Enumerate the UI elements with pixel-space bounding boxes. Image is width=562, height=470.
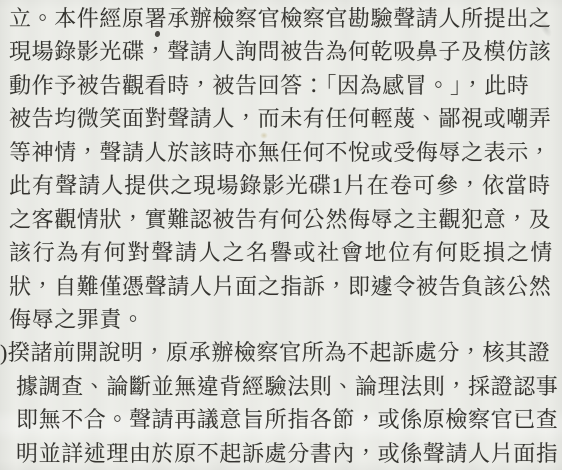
text-line: )揆諸前開說明，原承辦檢察官所為不起訴處分，核其證 <box>0 336 562 369</box>
text-line: 侮辱之罪責。 <box>0 303 562 336</box>
text-line: 此有聲請人提供之現場錄影光碟1片在卷可參，依當時 <box>0 169 562 202</box>
text-line: 狀，自難僅憑聲請人片面之指訴，即遽令被告負該公然 <box>0 270 562 303</box>
text-line: 即無不合。聲請再議意旨所指各節，或係原檢察官已查 <box>0 403 562 436</box>
text-line: 據調查、論斷並無違背經驗法則、論理法則，採證認事 <box>0 370 562 403</box>
text-line: 立。本件經原署承辦檢察官檢察官勘驗聲請人所提出之 <box>0 2 562 35</box>
text-line: 等神情，聲請人於該時亦無任何不悅或受侮辱之表示， <box>0 136 562 169</box>
text-line: 動作予被告觀看時，被告回答：「因為感冒。」，此時 <box>0 69 562 102</box>
text-line: 被告均微笑面對聲請人，而未有任何輕蔑、鄙視或嘲弄 <box>0 102 562 135</box>
text-line: 該行為有何對聲請人之名譽或社會地位有何貶損之情 <box>0 236 562 269</box>
text-line: 明並詳述理由於原不起訴處分書內，或係聲請人片面指 <box>0 437 562 470</box>
document-page: 立。本件經原署承辦檢察官檢察官勘驗聲請人所提出之 現場錄影光碟，聲請人詢問被告為… <box>0 0 562 470</box>
text-line: 之客觀情狀，實難認被告有何公然侮辱之主觀犯意，及 <box>0 203 562 236</box>
text-line: 現場錄影光碟，聲請人詢問被告為何乾吸鼻子及模仿該 <box>0 35 562 68</box>
